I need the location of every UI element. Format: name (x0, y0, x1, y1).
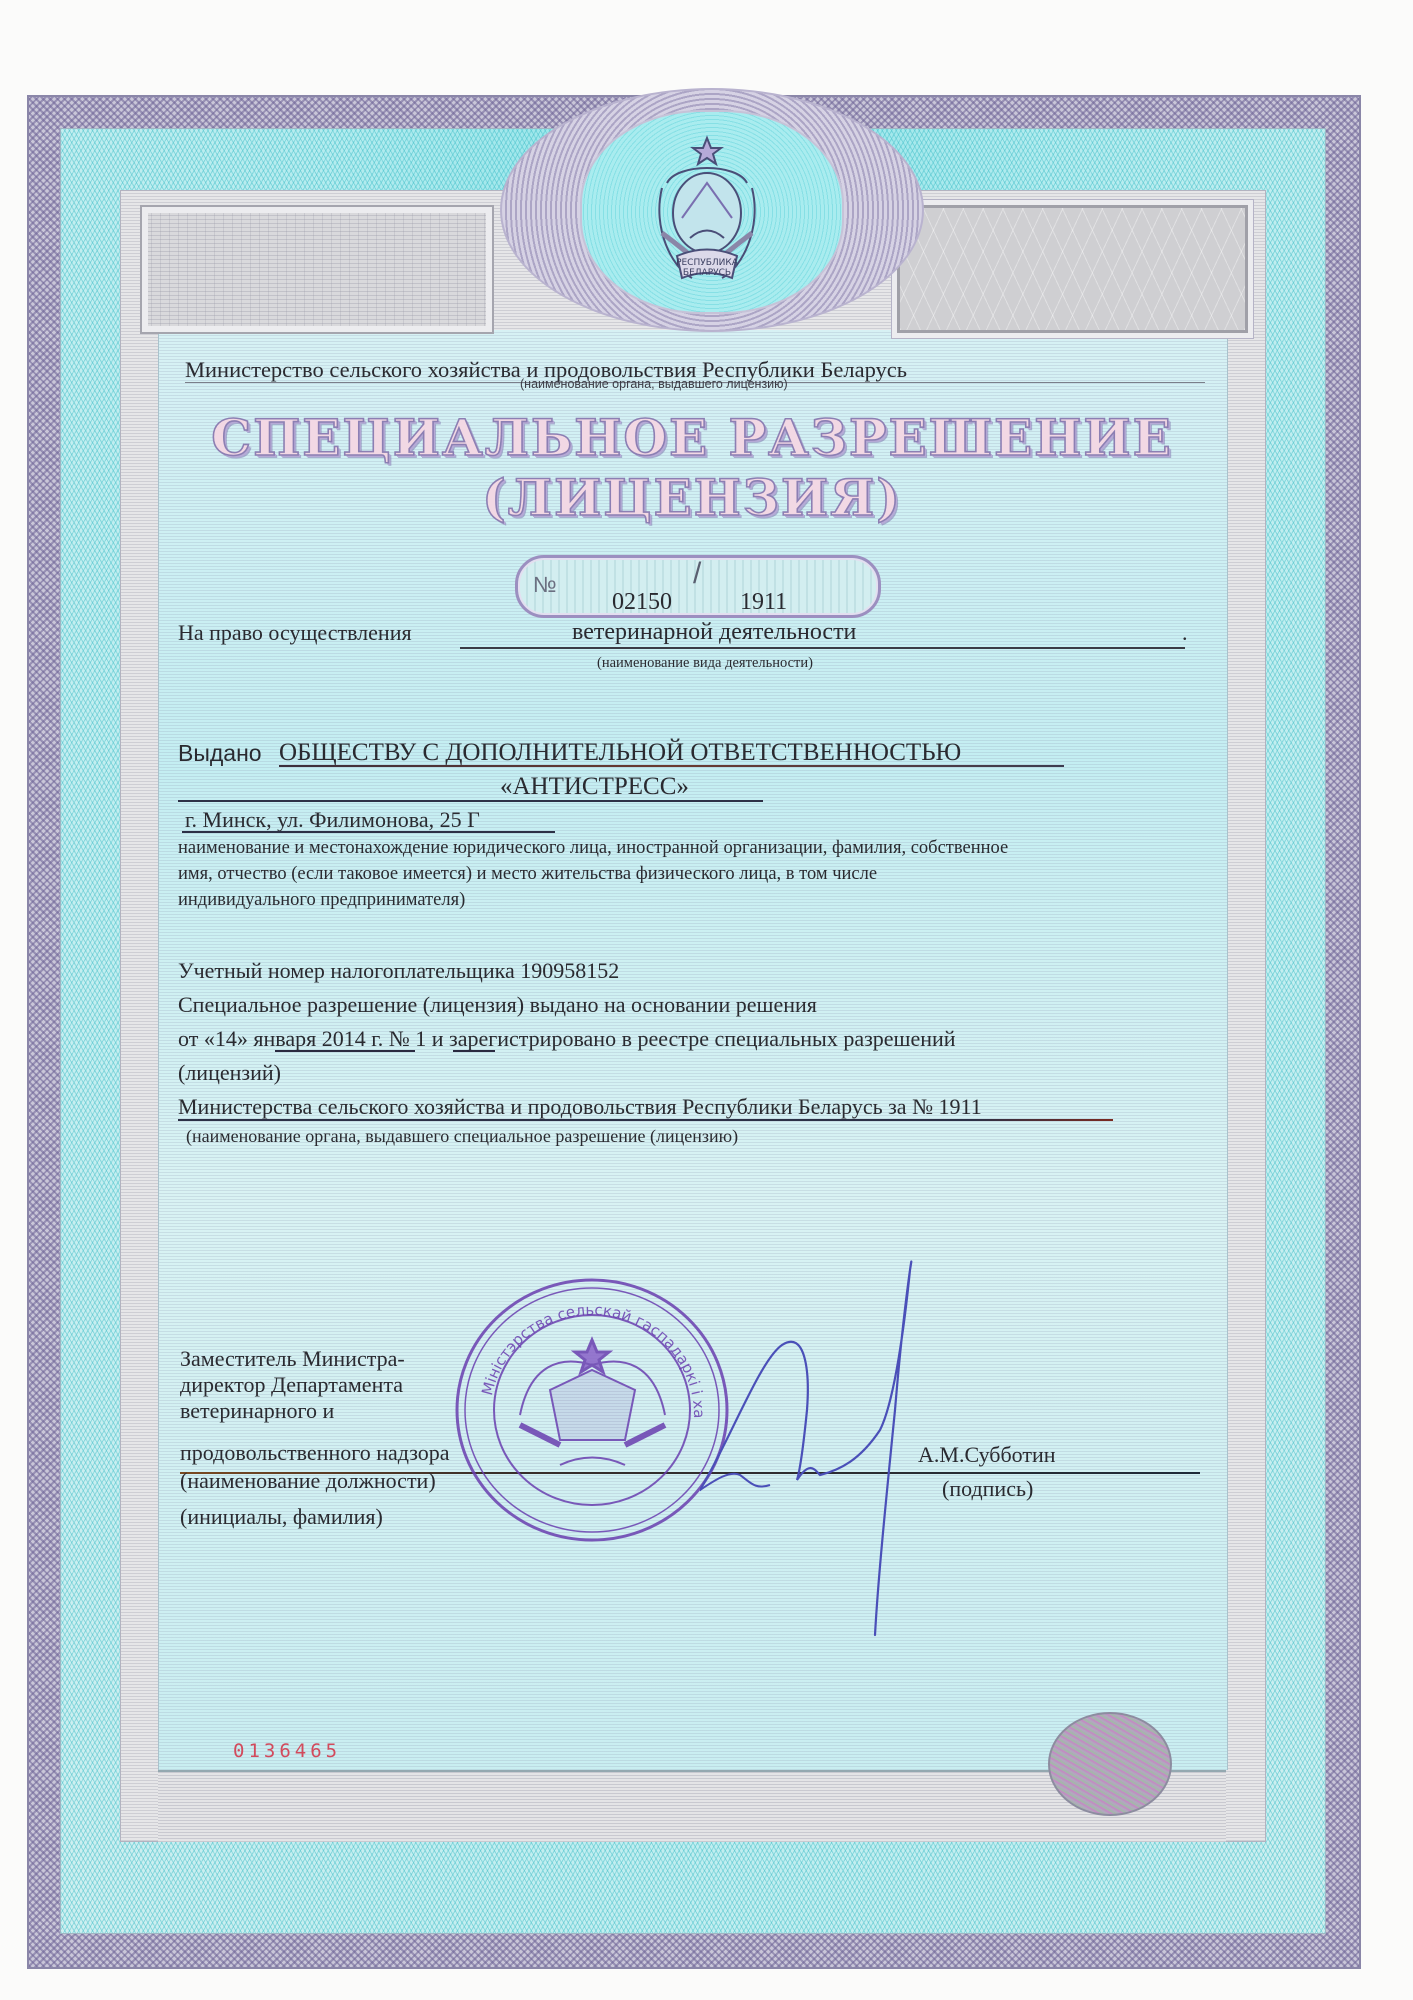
registry-line: Министерства сельского хозяйства и продо… (178, 1094, 982, 1120)
issued-to-label: Выдано (178, 740, 262, 767)
signatory-position-line: директор Департамента (180, 1372, 403, 1398)
activity-caption: (наименование вида деятельности) (597, 655, 813, 672)
right-security-box (897, 205, 1248, 333)
document-subtitle: (ЛИЦЕНЗИЯ) (158, 468, 1226, 527)
decision-line: от «14» января 2014 г. № 1 и зарегистрир… (178, 1026, 956, 1052)
activity-label: На право осуществления (178, 620, 412, 646)
signatory-position-line: продовольственного надзора (180, 1440, 450, 1466)
issuing-authority-caption: (наименование органа, выдавшего лицензию… (520, 377, 788, 391)
registry-caption: (наименование органа, выдавшего специаль… (186, 1126, 738, 1147)
hologram-seal (1048, 1712, 1172, 1816)
licensee-name-line-2: «АНТИСТРЕСС» (500, 773, 689, 801)
licenses-line: (лицензий) (178, 1060, 281, 1086)
taxpayer-number-line: Учетный номер налогоплательщика 19095815… (178, 958, 619, 984)
activity-value: ветеринарной деятельности (572, 619, 856, 646)
address-rule (182, 831, 555, 833)
number-sign: № (533, 572, 557, 598)
name-caption: (инициалы, фамилия) (180, 1504, 383, 1530)
licensee-address: г. Минск, ул. Филимонова, 25 Г (185, 807, 480, 833)
licensee-caption-line: наименование и местонахождение юридическ… (178, 838, 1008, 859)
position-caption: (наименование должности) (180, 1468, 436, 1494)
registry-underline (178, 1119, 1113, 1121)
licensee-rule-1 (279, 765, 1064, 767)
svg-text:РЕСПУБЛИКА: РЕСПУБЛИКА (676, 258, 739, 268)
decision-number-underline (453, 1050, 495, 1052)
licensee-rule-2 (178, 800, 763, 802)
signatory-position-line: Заместитель Министра- (180, 1346, 405, 1372)
number-slash: / (693, 557, 701, 591)
document-title: СПЕЦИАЛЬНОЕ РАЗРЕШЕНИЕ (158, 408, 1226, 467)
svg-text:БЕЛАРУСЬ: БЕЛАРУСЬ (683, 268, 731, 278)
decision-date-underline (275, 1050, 415, 1052)
activity-terminator: . (1182, 620, 1188, 646)
left-security-box (140, 205, 494, 334)
licensee-name-line-1: ОБЩЕСТВУ С ДОПОЛНИТЕЛЬНОЙ ОТВЕТСТВЕННОСТ… (279, 739, 961, 767)
licensee-caption-line: индивидуального предпринимателя) (178, 890, 465, 911)
license-number-part-2: 1911 (740, 589, 787, 616)
signatory-position-line: ветеринарного и (180, 1398, 334, 1424)
serial-number: 0136465 (233, 1740, 341, 1762)
handwritten-signature (700, 1230, 960, 1640)
basis-line: Специальное разрешение (лицензия) выдано… (178, 992, 817, 1018)
licensee-caption-line: имя, отчество (если таковое имеется) и м… (178, 864, 877, 885)
activity-rule (460, 647, 1185, 649)
coat-of-arms-icon: РЕСПУБЛИКА БЕЛАРУСЬ (632, 128, 782, 293)
license-number-part-1: 02150 (612, 589, 672, 616)
